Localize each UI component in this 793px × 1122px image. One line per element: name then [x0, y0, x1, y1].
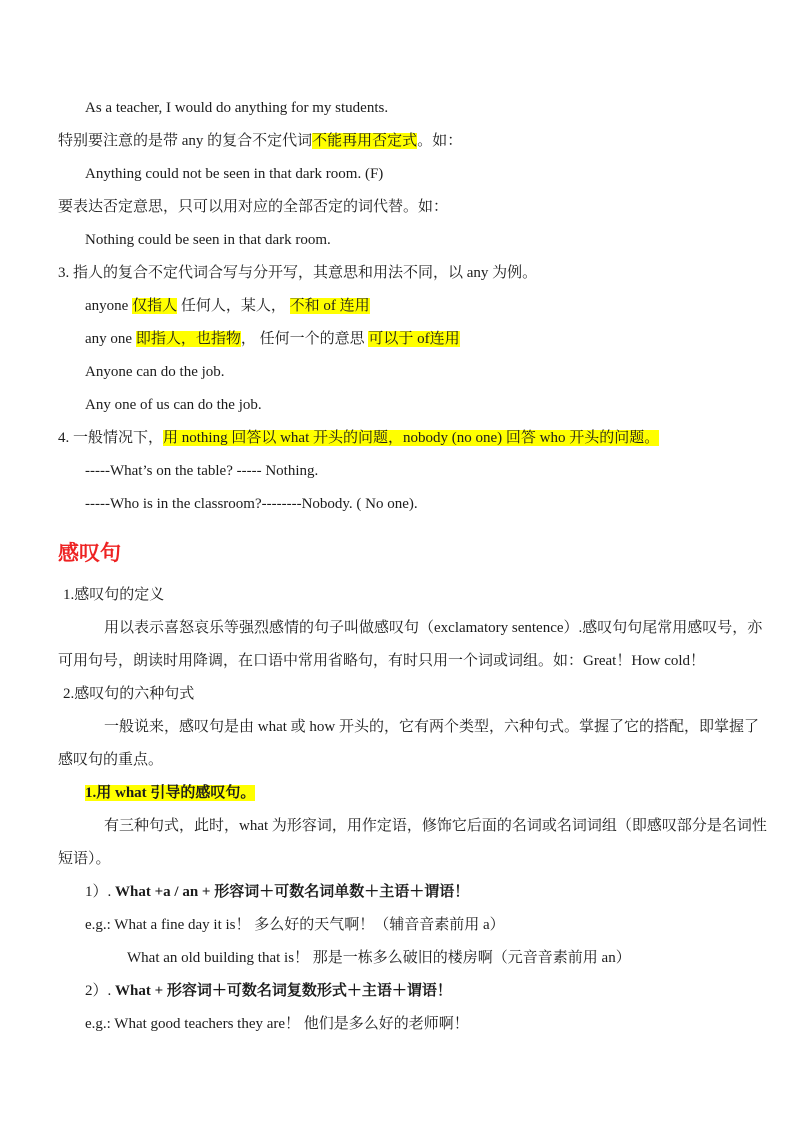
text-line: -----Who is in the classroom?--------Nob… — [58, 488, 743, 521]
highlight-segment: 可以于 of连用 — [368, 331, 459, 347]
text-segment: What an old building that is！ 那是一栋多么破旧的楼… — [127, 950, 631, 966]
text-line: 一般说来，感叹句是由 what 或 how 开头的，它有两个类型，六种句式。掌握… — [58, 711, 743, 744]
text-segment: -----What’s on the table? ----- Nothing. — [85, 463, 318, 479]
text-segment: 一般说来，感叹句是由 what 或 how 开头的，它有两个类型，六种句式。掌握… — [104, 719, 759, 735]
text-line: Anything could not be seen in that dark … — [58, 158, 743, 191]
text-line: -----What’s on the table? ----- Nothing. — [58, 455, 743, 488]
text-line: 1）. What +a / an + 形容词＋可数名词单数＋主语＋谓语！ — [58, 876, 743, 909]
text-segment: any one — [85, 331, 136, 347]
text-segment: 2）. — [85, 983, 115, 999]
text-line: 2.感叹句的六种句式 — [58, 678, 743, 711]
text-segment: 1.感叹句的定义 — [63, 587, 164, 603]
text-segment: -----Who is in the classroom?--------Nob… — [85, 496, 418, 512]
text-segment: 要表达否定意思，只可以用对应的全部否定的词代替。如： — [58, 199, 448, 215]
text-segment: anyone — [85, 298, 132, 314]
text-line: 有三种句式，此时，what 为形容词，用作定语，修饰它后面的名词或名词词组（即感… — [58, 810, 743, 843]
formula-segment: What +a / an + 形容词＋可数名词单数＋主语＋谓语！ — [115, 884, 469, 900]
highlight-segment: 不和 of 连用 — [290, 298, 370, 314]
highlight-segment: 不能再用否定式 — [312, 133, 417, 149]
text-line: anyone 仅指人 任何人，某人， 不和 of 连用 — [58, 290, 743, 323]
text-line: What an old building that is！ 那是一栋多么破旧的楼… — [58, 942, 743, 975]
document-page: As a teacher, I would do anything for my… — [0, 0, 793, 1041]
text-segment: Nothing could be seen in that dark room. — [85, 232, 331, 248]
highlight-segment: 仅指人 — [132, 298, 177, 314]
text-line: Anyone can do the job. — [58, 356, 743, 389]
section-heading: 感叹句 — [58, 538, 743, 568]
text-segment: 短语）。 — [58, 851, 111, 867]
text-line: 特别要注意的是带 any 的复合不定代词不能再用否定式。如： — [58, 125, 743, 158]
text-line: As a teacher, I would do anything for my… — [58, 92, 743, 125]
text-segment: 任何人，某人， — [177, 298, 290, 314]
text-segment: 感叹句的重点。 — [58, 752, 163, 768]
text-segment: e.g.: What a fine day it is！ 多么好的天气啊！（辅音… — [85, 917, 505, 933]
text-segment: e.g.: What good teachers they are！ 他们是多么… — [85, 1016, 469, 1032]
text-line: e.g.: What a fine day it is！ 多么好的天气啊！（辅音… — [58, 909, 743, 942]
highlight-segment: 1.用 what 引导的感叹句。 — [85, 785, 255, 801]
text-segment: 。如： — [417, 133, 462, 149]
text-segment: As a teacher, I would do anything for my… — [85, 100, 388, 116]
text-line: 3. 指人的复合不定代词合写与分开写，其意思和用法不同，以 any 为例。 — [58, 257, 743, 290]
highlight-segment: 即指人，也指物 — [136, 331, 241, 347]
text-line: any one 即指人，也指物， 任何一个的意思 可以于 of连用 — [58, 323, 743, 356]
text-segment: Any one of us can do the job. — [85, 397, 262, 413]
text-line: 1.感叹句的定义 — [58, 579, 743, 612]
text-line: Nothing could be seen in that dark room. — [58, 224, 743, 257]
text-segment: 3. 指人的复合不定代词合写与分开写，其意思和用法不同，以 any 为例。 — [58, 265, 537, 281]
text-line: 可用句号，朗读时用降调，在口语中常用省略句，有时只用一个词或词组。如：Great… — [58, 645, 743, 678]
text-segment: 特别要注意的是带 any 的复合不定代词 — [58, 133, 312, 149]
text-line: Any one of us can do the job. — [58, 389, 743, 422]
text-line: 感叹句的重点。 — [58, 744, 743, 777]
text-segment: 用以表示喜怒哀乐等强烈感情的句子叫做感叹句（exclamatory senten… — [104, 620, 762, 636]
formula-segment: What + 形容词＋可数名词复数形式＋主语＋谓语！ — [115, 983, 452, 999]
text-segment: 4. 一般情况下， — [58, 430, 163, 446]
text-line: 用以表示喜怒哀乐等强烈感情的句子叫做感叹句（exclamatory senten… — [58, 612, 743, 645]
text-segment: 可用句号，朗读时用降调，在口语中常用省略句，有时只用一个词或词组。如：Great… — [58, 653, 705, 669]
text-segment: 有三种句式，此时，what 为形容词，用作定语，修饰它后面的名词或名词词组（即感… — [104, 818, 767, 834]
text-segment: Anything could not be seen in that dark … — [85, 166, 383, 182]
text-line: 4. 一般情况下，用 nothing 回答以 what 开头的问题，nobody… — [58, 422, 743, 455]
text-segment: ， 任何一个的意思 — [241, 331, 369, 347]
text-segment: 1）. — [85, 884, 115, 900]
text-line: e.g.: What good teachers they are！ 他们是多么… — [58, 1008, 743, 1041]
highlight-segment: 用 nothing 回答以 what 开头的问题，nobody (no one)… — [163, 430, 659, 446]
text-segment: 2.感叹句的六种句式 — [63, 686, 194, 702]
text-line: 2）. What + 形容词＋可数名词复数形式＋主语＋谓语！ — [58, 975, 743, 1008]
text-line: 1.用 what 引导的感叹句。 — [58, 777, 743, 810]
text-segment: Anyone can do the job. — [85, 364, 225, 380]
text-line: 短语）。 — [58, 843, 743, 876]
text-line: 要表达否定意思，只可以用对应的全部否定的词代替。如： — [58, 191, 743, 224]
